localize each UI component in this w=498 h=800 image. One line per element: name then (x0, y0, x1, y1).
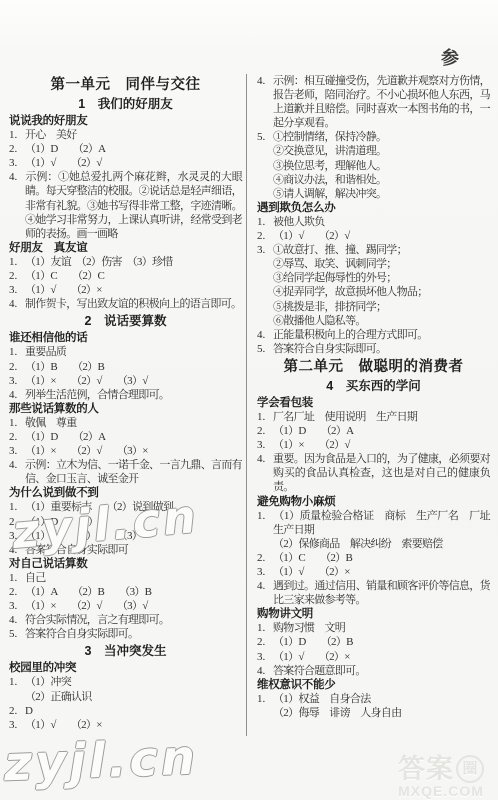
line-text: 自己 (25, 572, 46, 584)
item-number: 4. (257, 664, 273, 678)
line-text: ④商议办法，和谐相处。 (273, 174, 386, 186)
answer-line: 1.（1）冲突 (9, 675, 242, 689)
line-text: （1）√ （2）× (25, 719, 102, 731)
line-text: （1）√ （2）√ (273, 230, 350, 242)
watermark-answer-circle-logo: 答案圈 MXQE.COM (386, 755, 496, 799)
answer-line: 4.符合实际情况，言之有理即可。 (9, 613, 242, 627)
item-number: 2. (9, 269, 25, 283)
line-text: （1）× （2）√ (273, 439, 350, 451)
answer-line: 3.（1）× （2）√ （3）√ (9, 374, 242, 388)
item-number: 4. (257, 452, 273, 466)
answer-line: 3.（1）× （2）√ （3）√ (9, 599, 242, 613)
line-text: 答案符合自身实际即可。 (273, 343, 386, 355)
line-text: （2）正确认识 (25, 691, 92, 703)
answer-subline: ②交换意见，讲清道理。 (257, 144, 490, 158)
answer-line: 4.正能量积极向上的合理方式即可。 (257, 328, 490, 342)
item-number: 3. (9, 156, 25, 170)
line-text: 制作贺卡，写出致友谊的积极向上的语言即可。 (25, 298, 241, 310)
answer-line: 2.（1）A （2）B （3）B (9, 585, 242, 599)
exercise-heading: 维权意识不能少 (257, 678, 490, 692)
line-text: 重要品质 (25, 346, 66, 358)
line-text: 3 当冲突发生 (85, 644, 167, 658)
answer-line: 4.示例：①她总爱扎两个麻花辫，水灵灵的大眼睛。每天穿整洁的校服。②说话总是轻声… (9, 170, 242, 240)
exercise-heading: 谁还相信他的话 (9, 331, 242, 345)
line-text: 列举生活范例，合情合理即可。 (25, 389, 169, 401)
line-text: 校园里的冲突 (9, 662, 76, 674)
answer-line: 3.（1）√ （2）× (257, 565, 490, 579)
answer-line: 1.重要品质 (9, 345, 242, 359)
line-text: 示例：①她总爱扎两个麻花辫，水灵灵的大眼睛。每天穿整洁的校服。②说话总是轻声细语… (25, 171, 242, 239)
line-text: 说说我的好朋友 (9, 115, 87, 127)
answer-line: 1.敬佩 尊重 (9, 416, 242, 430)
line-text: （1）D （2）A (273, 425, 353, 437)
item-number: 5. (9, 627, 25, 641)
answer-line: 3.（1）× （2）√ (257, 438, 490, 452)
item-number: 2. (9, 142, 25, 156)
answer-line: 4.重要。因为食品是入口的，为了健康，必须要对购买的食品认真检查，这也是对自己的… (257, 452, 490, 494)
line-text: 遇到欺负怎么办 (257, 202, 335, 214)
line-text: 谁还相信他的话 (9, 332, 87, 344)
answer-line: 3.（1）√ （2）√ (9, 156, 242, 170)
answer-line: 1.开心 美好 (9, 128, 242, 142)
line-text: 开心 美好 (25, 129, 77, 141)
watermark-zyjl-bottom: zyjl.cn (3, 730, 199, 793)
line-text: ②交换意见，讲清道理。 (273, 145, 386, 157)
answer-subline: ③换位思考，理解他人。 (257, 159, 490, 173)
line-text: 4 买东西的学问 (326, 379, 420, 393)
item-number: 2. (9, 585, 25, 599)
answer-line: 3.①故意打、推、撞、踢同学； (257, 243, 490, 257)
line-text: 符合实际情况，言之有理即可。 (25, 614, 169, 626)
item-number: 5. (257, 342, 273, 356)
brand-circle-icon: 圈 (456, 755, 484, 783)
answer-line: 2.（1）C （2）B (257, 551, 490, 565)
answer-line: 4.遇到过。通过信用、销量和顾客评价等信息，货比三家来做参考等。 (257, 579, 490, 607)
answer-subline: ②辱骂、取笑、讽刺同学； (257, 257, 490, 271)
item-number: 2. (257, 424, 273, 438)
answer-line: 4.答案符合题意即可。 (257, 664, 490, 678)
item-number: 3. (9, 283, 25, 297)
answer-line: 2.（1）C （2）C (9, 269, 242, 283)
answer-subline: （2）正确认识 (9, 690, 242, 704)
item-number: 4. (9, 613, 25, 627)
line-text: 示例：立木为信、一诺千金、一言九鼎、言而有信、金口玉言、诚至金开 (25, 459, 242, 485)
item-number: 2. (257, 635, 273, 649)
answer-line: 2.（1）B （2）B (9, 360, 242, 374)
brand-site-text: MXQE.COM (386, 783, 496, 799)
answer-key-page: 参 考 第一单元 同伴与交往1 我们的好朋友说说我的好朋友1.开心 美好2.（1… (0, 0, 498, 800)
answer-line: 2.D (9, 704, 242, 718)
exercise-heading: 校园里的冲突 (9, 661, 242, 675)
section-title: 第二单元 做聪明的消费者 (257, 358, 490, 376)
line-text: 1 我们的好朋友 (78, 97, 172, 111)
answer-line: 2.（1）D （2）A (9, 142, 242, 156)
line-text: 那些说话算数的人 (9, 403, 99, 415)
line-text: 好朋友 真友谊 (9, 242, 87, 254)
answer-line: 1.（1）友谊 （2）伤害 （3）珍惜 (9, 255, 242, 269)
item-number: 1. (257, 215, 273, 229)
line-text: 答案符合自身实际即可。 (25, 628, 138, 640)
answer-line: 3.（1）√ （2）× (9, 283, 242, 297)
item-number: 3. (9, 718, 25, 732)
item-number: 2. (257, 551, 273, 565)
line-text: 对自己说话算数 (9, 558, 87, 570)
answer-line: 5.答案符合自身实际即可。 (9, 627, 242, 641)
line-text: 第一单元 同伴与交往 (51, 77, 201, 93)
line-text: （1）友谊 （2）伤害 （3）珍惜 (25, 256, 173, 268)
line-text: （1）× （2）√ （3）√ (25, 375, 148, 387)
line-text: ④捉弄同学，故意损坏他人物品； (273, 286, 428, 298)
exercise-heading: 好朋友 真友谊 (9, 241, 242, 255)
line-text: 购物习惯 文明 (273, 622, 345, 634)
answer-line: 1.（1）质量检验合格证 商标 生产厂名 厂址生产日期 (257, 509, 490, 537)
line-text: （1）√ （2）× (273, 566, 350, 578)
line-text: （1）√ （2）× (25, 284, 102, 296)
line-text: （1）质量检验合格证 商标 生产厂名 厂址生产日期 (273, 510, 490, 536)
exercise-heading: 说说我的好朋友 (9, 114, 242, 128)
item-number: 2. (9, 430, 25, 444)
item-number: 4. (257, 74, 273, 88)
line-text: 购物讲文明 (257, 608, 313, 620)
left-column: 第一单元 同伴与交往1 我们的好朋友说说我的好朋友1.开心 美好2.（1）D （… (9, 74, 242, 732)
item-number: 4. (257, 579, 273, 593)
exercise-heading: 那些说话算数的人 (9, 402, 242, 416)
line-text: 重要。因为食品是入口的，为了健康，必须要对购买的食品认真检查，这也是对自己的健康… (273, 453, 490, 493)
line-text: 敬佩 尊重 (25, 417, 77, 429)
line-text: （1）√ （2）√ (25, 157, 102, 169)
line-text: ⑤请人调解，解决冲突。 (273, 188, 386, 200)
line-text: （2）侮辱 诽谤 人身自由 (273, 707, 401, 719)
brand-name-row: 答案圈 (386, 755, 496, 783)
line-text: 2 说话要算数 (85, 314, 167, 328)
line-text: （1）A （2）B （3）B (25, 586, 151, 598)
answer-subline: ⑥散播他人隐私等。 (257, 314, 490, 328)
item-number: 1. (257, 410, 273, 424)
item-number: 4. (9, 297, 25, 311)
line-text: 示例：相互碰撞受伤，先道歉并观察对方伤情，报告老师，陪同治疗。不小心损坏他人东西… (273, 75, 490, 129)
lesson-title: 4 买东西的学问 (257, 378, 490, 394)
line-text: ①故意打、推、撞、踢同学； (273, 244, 407, 256)
answer-line: 3.（1）× （2）√ （3）× (9, 444, 242, 458)
answer-line: 5.答案符合自身实际即可。 (257, 342, 490, 356)
exercise-heading: 遇到欺负怎么办 (257, 201, 490, 215)
item-number: 2. (9, 704, 25, 718)
line-text: ③换位思考，理解他人。 (273, 160, 386, 172)
answer-line: 2.（1）√ （2）√ (257, 229, 490, 243)
line-text: （1）权益 自身合法 (273, 693, 371, 705)
line-text: ③给同学起侮辱性的外号； (273, 272, 397, 284)
line-text: 为什么说到做不到 (9, 487, 99, 499)
item-number: 3. (257, 650, 273, 664)
line-text: （2）保修商品 解决纠纷 索要赔偿 (273, 538, 443, 550)
line-text: 遇到过。通过信用、销量和顾客评价等信息，货比三家来做参考等。 (273, 580, 490, 606)
item-number: 3. (257, 565, 273, 579)
line-text: ⑥散播他人隐私等。 (273, 315, 366, 327)
line-text: ②辱骂、取笑、讽刺同学； (273, 258, 397, 270)
line-text: （1）× （2）√ （3）√ (25, 600, 148, 612)
exercise-heading: 对自己说话算数 (9, 557, 242, 571)
item-number: 1. (257, 509, 273, 523)
lesson-title: 1 我们的好朋友 (9, 96, 242, 112)
answer-line: 1.厂名厂址 使用说明 生产日期 (257, 410, 490, 424)
item-number: 3. (9, 599, 25, 613)
answer-line: 4.列举生活范例，合情合理即可。 (9, 388, 242, 402)
item-number: 1. (9, 675, 25, 689)
item-number: 1. (9, 571, 25, 585)
line-text: 厂名厂址 使用说明 生产日期 (273, 411, 417, 423)
answer-subline: ④商议办法，和谐相处。 (257, 173, 490, 187)
line-text: （1）√ （2）× (273, 651, 350, 663)
item-number: 3. (257, 243, 273, 257)
line-text: （1）冲突 (25, 676, 71, 688)
line-text: 维权意识不能少 (257, 679, 335, 691)
line-text: ①控制情绪，保持冷静。 (273, 131, 386, 143)
answer-line: 4.制作贺卡，写出致友谊的积极向上的语言即可。 (9, 297, 242, 311)
answer-line: 5.①控制情绪，保持冷静。 (257, 130, 490, 144)
line-text: （1）D （2）A (25, 143, 105, 155)
line-text: 答案符合题意即可。 (273, 665, 366, 677)
line-text: （1）D （2）A (25, 431, 105, 443)
item-number: 2. (9, 360, 25, 374)
line-text: 被他人欺负 (273, 216, 325, 228)
line-text: 第二单元 做聪明的消费者 (284, 359, 464, 375)
answer-line: 3.（1）√ （2）× (9, 718, 242, 732)
answer-subline: ④捉弄同学，故意损坏他人物品； (257, 285, 490, 299)
answer-line: 1.被他人欺负 (257, 215, 490, 229)
answer-line: 4.示例：立木为信、一诺千金、一言九鼎、言而有信、金口玉言、诚至金开 (9, 458, 242, 486)
answer-line: 1.（1）权益 自身合法 (257, 692, 490, 706)
line-text: 正能量积极向上的合理方式即可。 (273, 329, 428, 341)
line-text: （1）B （2）B (25, 361, 104, 373)
line-text: （1）C （2）B (273, 552, 352, 564)
item-number: 1. (9, 416, 25, 430)
brand-name-text: 答案 (398, 755, 454, 783)
answer-subline: （2）侮辱 诽谤 人身自由 (257, 706, 490, 720)
answer-line: 4.示例：相互碰撞受伤，先道歉并观察对方伤情，报告老师，陪同治疗。不小心损坏他人… (257, 74, 490, 130)
answer-line: 2.（1）D （2）A (9, 430, 242, 444)
answer-line: 1.自己 (9, 571, 242, 585)
answer-line: 2.（1）D （2）A (257, 424, 490, 438)
lesson-title: 3 当冲突发生 (9, 643, 242, 659)
item-number: 1. (9, 128, 25, 142)
answer-line: 3.（1）√ （2）× (257, 650, 490, 664)
item-number: 1. (9, 255, 25, 269)
right-column: 4.示例：相互碰撞受伤，先道歉并观察对方伤情，报告老师，陪同治疗。不小心损坏他人… (257, 74, 490, 720)
line-text: 避免购物小麻烦 (257, 496, 335, 508)
item-number: 4. (9, 458, 25, 472)
column-divider (246, 74, 247, 736)
item-number: 3. (257, 438, 273, 452)
item-number: 5. (257, 130, 273, 144)
line-text: D (25, 705, 32, 717)
answer-subline: ⑤请人调解，解决冲突。 (257, 187, 490, 201)
item-number: 3. (9, 444, 25, 458)
answer-subline: ⑤挑拨是非，排挤同学； (257, 300, 490, 314)
line-text: （1）D （2）B (273, 636, 353, 648)
section-title: 第一单元 同伴与交往 (9, 76, 242, 94)
line-text: （1）C （2）C (25, 270, 104, 282)
item-number: 3. (9, 374, 25, 388)
item-number: 4. (9, 388, 25, 402)
page-header-label: 参 考 (441, 44, 498, 70)
answer-line: 2.（1）D （2）B (257, 635, 490, 649)
answer-subline: （2）保修商品 解决纠纷 索要赔偿 (257, 537, 490, 551)
item-number: 1. (257, 621, 273, 635)
exercise-heading: 学会看包装 (257, 396, 490, 410)
item-number: 1. (257, 692, 273, 706)
line-text: （1）× （2）√ （3）× (25, 445, 148, 457)
exercise-heading: 购物讲文明 (257, 607, 490, 621)
answer-subline: ③给同学起侮辱性的外号； (257, 271, 490, 285)
item-number: 1. (9, 345, 25, 359)
line-text: 学会看包装 (257, 397, 313, 409)
lesson-title: 2 说话要算数 (9, 313, 242, 329)
item-number: 2. (257, 229, 273, 243)
item-number: 4. (9, 170, 25, 184)
line-text: ⑤挑拨是非，排挤同学； (273, 301, 386, 313)
exercise-heading: 避免购物小麻烦 (257, 495, 490, 509)
answer-line: 1.购物习惯 文明 (257, 621, 490, 635)
item-number: 4. (257, 328, 273, 342)
